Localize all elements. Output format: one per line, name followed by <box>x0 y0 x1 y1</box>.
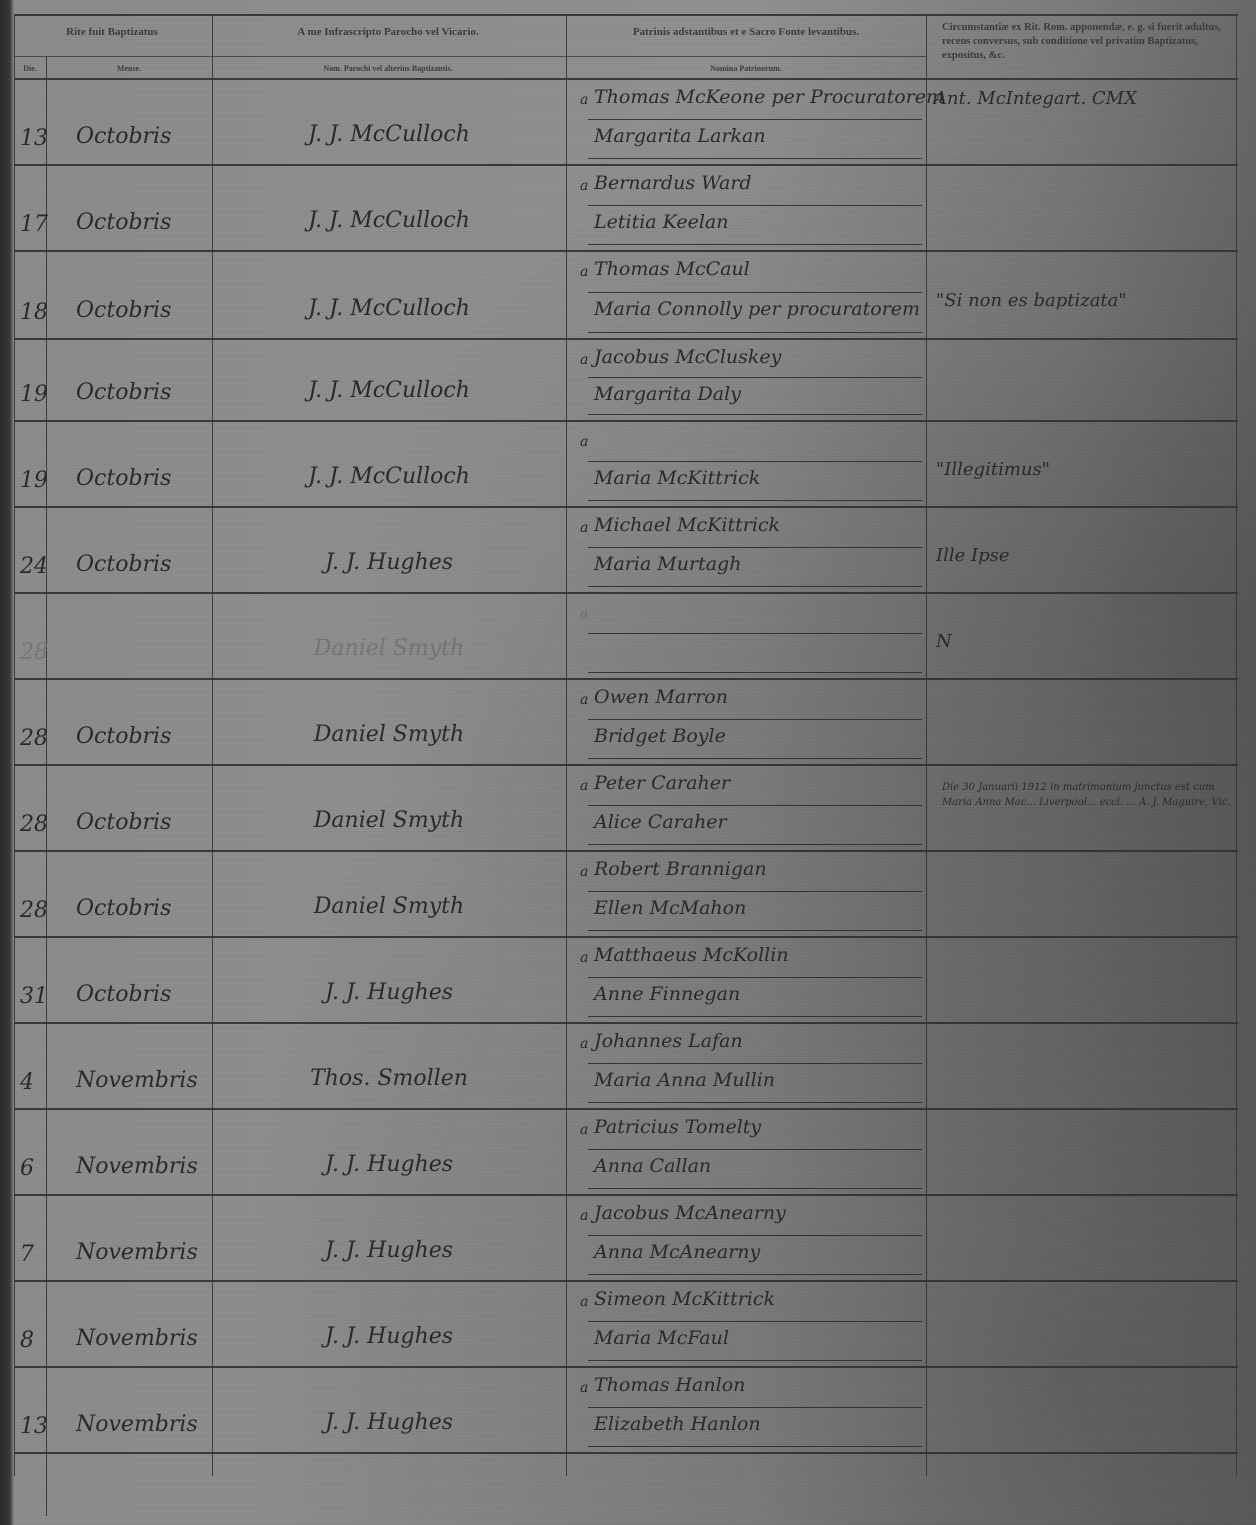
entry-priest: J. J. Hughes <box>214 1152 564 1177</box>
godmother-name: Anna Callan <box>594 1155 711 1177</box>
entry-month: Novembris <box>76 1154 198 1179</box>
entry-priest: J. J. McCulloch <box>214 296 564 321</box>
sponsor-prefix: a <box>580 692 588 708</box>
header-parish-priest: A me Infrascripto Parocho vel Vicario. <box>212 26 564 38</box>
godmother-name: Margarita Daly <box>594 383 741 405</box>
sponsor-prefix: a <box>580 864 588 880</box>
entry-priest: J. J. McCulloch <box>214 378 564 403</box>
register-entry-row: 28Daniel SmythaN <box>14 594 1238 680</box>
sponsor-underline <box>588 158 922 159</box>
godfather-name: Patricius Tomelty <box>594 1116 761 1138</box>
sponsor-underline <box>588 119 922 120</box>
godfather-name: Robert Brannigan <box>594 858 767 880</box>
sponsor-underline <box>588 758 922 759</box>
entry-day: 28 <box>20 898 48 923</box>
entry-priest: J. J. McCulloch <box>214 464 564 489</box>
sponsor-prefix: a <box>580 92 588 108</box>
header-sponsor-names: Nomina Patrinorum. <box>566 64 926 73</box>
entry-priest: Daniel Smyth <box>214 722 564 747</box>
entry-priest: J. J. Hughes <box>214 550 564 575</box>
godmother-name: Maria McKittrick <box>594 467 760 489</box>
register-entry-row: 4NovembrisThos. SmollenaJohannes LafanMa… <box>14 1024 1238 1110</box>
entry-month: Octobris <box>76 724 171 749</box>
register-entry-row: 24OctobrisJ. J. HughesaMichael McKittric… <box>14 508 1238 594</box>
godmother-name: Alice Caraher <box>594 811 727 833</box>
sponsor-underline <box>588 1188 922 1189</box>
entry-priest: J. J. Hughes <box>214 1238 564 1263</box>
entry-month: Novembris <box>76 1326 198 1351</box>
entry-priest: Thos. Smollen <box>214 1066 564 1091</box>
sponsor-prefix: a <box>580 1122 588 1138</box>
register-page: Rite fuit Baptizatus Die. Mense. A me In… <box>0 0 1256 1525</box>
sponsor-underline <box>588 1407 922 1408</box>
register-entry-row: 19OctobrisJ. J. McCullochaJacobus McClus… <box>14 340 1238 422</box>
godmother-name: Letitia Keelan <box>594 211 728 233</box>
header-day: Die. <box>14 64 46 73</box>
sponsor-underline <box>588 805 922 806</box>
entry-month: Octobris <box>76 810 171 835</box>
sponsor-prefix: a <box>580 950 588 966</box>
entry-circumstance-note: N <box>936 631 952 652</box>
godfather-name: Jacobus McAnearny <box>594 1202 786 1224</box>
entry-day: 24 <box>20 554 48 579</box>
sponsor-underline <box>588 1235 922 1236</box>
entry-month: Octobris <box>76 210 171 235</box>
entry-priest: Daniel Smyth <box>214 808 564 833</box>
entry-day: 13 <box>20 126 48 151</box>
register-entry-row: 13OctobrisJ. J. McCullochaThomas McKeone… <box>14 80 1238 166</box>
sponsor-underline <box>588 377 922 378</box>
entry-month: Novembris <box>76 1068 198 1093</box>
sponsor-underline <box>588 1102 922 1103</box>
entry-day: 19 <box>20 382 48 407</box>
entry-month: Novembris <box>76 1240 198 1265</box>
sponsor-prefix: a <box>580 1208 588 1224</box>
register-entry-row: 17OctobrisJ. J. McCullochaBernardus Ward… <box>14 166 1238 252</box>
sponsor-underline <box>588 547 922 548</box>
register-entry-row: 13NovembrisJ. J. HughesaThomas HanlonEli… <box>14 1368 1238 1454</box>
entry-circumstance-note: Ant. McIntegart. CMX <box>934 88 1137 109</box>
baptism-register-table: Rite fuit Baptizatus Die. Mense. A me In… <box>14 14 1238 1476</box>
sponsor-underline <box>588 461 922 462</box>
register-entry-row: 28OctobrisDaniel SmythaOwen MarronBridge… <box>14 680 1238 766</box>
godfather-name: Thomas Hanlon <box>594 1374 745 1396</box>
entry-day: 31 <box>20 984 48 1009</box>
godfather-name: Bernardus Ward <box>594 172 752 194</box>
sponsor-prefix: a <box>580 778 588 794</box>
godmother-name: Elizabeth Hanlon <box>594 1413 761 1435</box>
register-entry-row: 8NovembrisJ. J. HughesaSimeon McKittrick… <box>14 1282 1238 1368</box>
sponsor-underline <box>588 1149 922 1150</box>
godmother-name: Maria McFaul <box>594 1327 729 1349</box>
sponsor-prefix: a <box>580 352 588 368</box>
sponsor-prefix: a <box>580 1294 588 1310</box>
entry-day: 13 <box>20 1414 48 1439</box>
sponsor-prefix: a <box>580 434 588 450</box>
entry-day: 7 <box>20 1242 34 1267</box>
entry-priest: J. J. McCulloch <box>214 122 564 147</box>
header-rite-baptizatus: Rite fuit Baptizatus <box>14 26 210 38</box>
sponsor-underline <box>588 1446 922 1447</box>
header-month: Mense. <box>48 64 210 73</box>
header-sponsors: Patrinis adstantibus et e Sacro Fonte le… <box>566 26 926 38</box>
sponsor-underline <box>588 1321 922 1322</box>
godmother-name: Anna McAnearny <box>594 1241 760 1263</box>
sponsor-underline <box>588 414 922 415</box>
sponsor-underline <box>588 1063 922 1064</box>
register-entry-row: 31OctobrisJ. J. HughesaMatthaeus McKolli… <box>14 938 1238 1024</box>
sponsor-prefix: a <box>580 264 588 280</box>
row-divider <box>14 1452 1238 1454</box>
godfather-name: Simeon McKittrick <box>594 1288 775 1310</box>
register-entry-row: 7NovembrisJ. J. HughesaJacobus McAnearny… <box>14 1196 1238 1282</box>
entry-month: Novembris <box>76 1412 198 1437</box>
godmother-name: Margarita Larkan <box>594 125 766 147</box>
godmother-name: Maria Connolly per procuratorem <box>594 298 920 320</box>
godfather-name: Johannes Lafan <box>594 1030 743 1052</box>
entry-circumstance-note: Die 30 Januarii 1912 in matrimonium junc… <box>942 780 1238 810</box>
entry-month: Octobris <box>76 896 171 921</box>
entry-day: 28 <box>20 812 48 837</box>
register-entry-row: 6NovembrisJ. J. HughesaPatricius Tomelty… <box>14 1110 1238 1196</box>
sponsor-underline <box>588 977 922 978</box>
godfather-name: Thomas McKeone per Procuratorem <box>594 86 944 108</box>
sponsor-underline <box>588 244 922 245</box>
sponsor-underline <box>588 930 922 931</box>
sponsor-underline <box>588 332 922 333</box>
register-entry-row: 28OctobrisDaniel SmythaRobert BranniganE… <box>14 852 1238 938</box>
sponsor-underline <box>588 672 922 673</box>
register-entry-row: 18OctobrisJ. J. McCullochaThomas McCaulM… <box>14 252 1238 340</box>
entry-circumstance-note: "Illegitimus" <box>936 459 1050 480</box>
header-divider <box>14 56 926 57</box>
entry-month: Octobris <box>76 380 171 405</box>
entry-priest: Daniel Smyth <box>214 894 564 919</box>
sponsor-prefix: a <box>580 520 588 536</box>
entry-priest: J. J. Hughes <box>214 980 564 1005</box>
sponsor-underline <box>588 586 922 587</box>
godfather-name: Owen Marron <box>594 686 728 708</box>
godmother-name: Ellen McMahon <box>594 897 746 919</box>
sponsor-underline <box>588 500 922 501</box>
entry-month: Octobris <box>76 982 171 1007</box>
entry-priest: J. J. Hughes <box>214 1410 564 1435</box>
godmother-name: Maria Murtagh <box>594 553 741 575</box>
header-circumstances: Circumstantiæ ex Rit. Rom. apponendæ, e.… <box>942 21 1238 63</box>
sponsor-underline <box>588 633 922 634</box>
entry-day: 28 <box>20 726 48 751</box>
godfather-name: Jacobus McCluskey <box>594 346 781 368</box>
header-priest-name: Nom. Parochi vel alterius Baptizantis. <box>212 64 564 73</box>
entry-circumstance-note: "Si non es baptizata" <box>936 290 1127 311</box>
godfather-name: Matthaeus McKollin <box>594 944 789 966</box>
sponsor-underline <box>588 719 922 720</box>
entry-priest: J. J. Hughes <box>214 1324 564 1349</box>
godmother-name: Bridget Boyle <box>594 725 726 747</box>
sponsor-underline <box>588 844 922 845</box>
godfather-name: Peter Caraher <box>594 772 730 794</box>
sponsor-underline <box>588 891 922 892</box>
entry-day: 17 <box>20 212 48 237</box>
entry-day: 4 <box>20 1070 34 1095</box>
entry-month: Octobris <box>76 298 171 323</box>
godmother-name: Maria Anna Mullin <box>594 1069 775 1091</box>
entry-circumstance-note: Ille Ipse <box>936 545 1010 566</box>
entry-day: 8 <box>20 1328 34 1353</box>
godmother-name: Anne Finnegan <box>594 983 740 1005</box>
entry-month: Octobris <box>76 552 171 577</box>
register-entry-row: 28OctobrisDaniel SmythaPeter CaraherAlic… <box>14 766 1238 852</box>
entry-day: 18 <box>20 300 48 325</box>
entry-day: 19 <box>20 468 48 493</box>
sponsor-underline <box>588 292 922 293</box>
entry-day: 6 <box>20 1156 34 1181</box>
entry-day: 28 <box>20 640 48 665</box>
sponsor-prefix: a <box>580 178 588 194</box>
entry-priest: J. J. McCulloch <box>214 208 564 233</box>
entry-priest: Daniel Smyth <box>214 636 564 661</box>
godfather-name: Thomas McCaul <box>594 258 750 280</box>
godfather-name: Michael McKittrick <box>594 514 780 536</box>
sponsor-prefix: a <box>580 606 588 622</box>
sponsor-prefix: a <box>580 1380 588 1396</box>
entry-month: Octobris <box>76 124 171 149</box>
sponsor-underline <box>588 205 922 206</box>
register-entry-row: 19OctobrisJ. J. McCullochaMaria McKittri… <box>14 422 1238 508</box>
sponsor-underline <box>588 1016 922 1017</box>
sponsor-prefix: a <box>580 1036 588 1052</box>
entry-month: Octobris <box>76 466 171 491</box>
sponsor-underline <box>588 1360 922 1361</box>
sponsor-underline <box>588 1274 922 1275</box>
